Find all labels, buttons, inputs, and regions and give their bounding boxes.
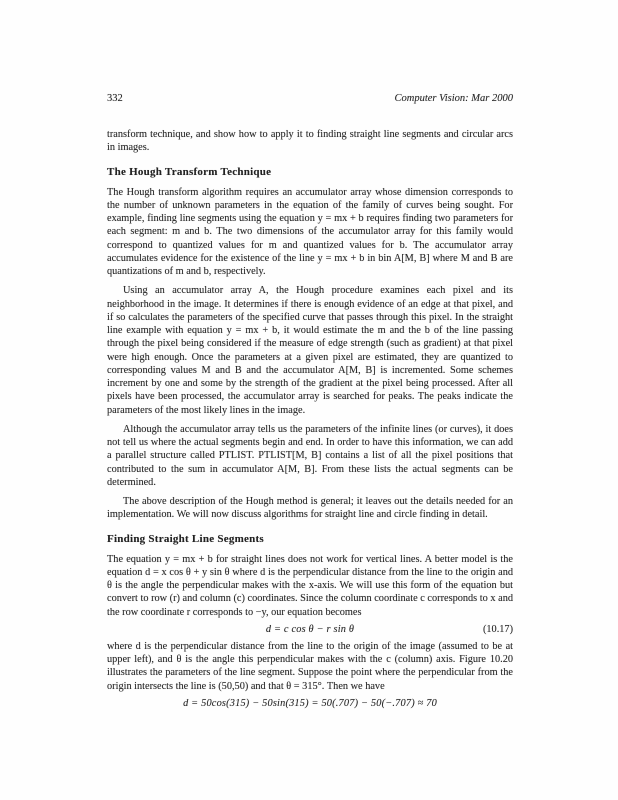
paragraph-hough-1: The Hough transform algorithm requires a… — [107, 186, 513, 279]
paragraph-hough-3: Although the accumulator array tells us … — [107, 423, 513, 489]
page-header: 332 Computer Vision: Mar 2000 — [107, 92, 513, 105]
text-column: 332 Computer Vision: Mar 2000 transform … — [107, 92, 513, 714]
equation-10-17: d = c cos θ − r sin θ — [266, 624, 354, 635]
equation-number: (10.17) — [483, 623, 513, 637]
equation-row-10-17: d = c cos θ − r sin θ (10.17) — [107, 623, 513, 637]
paragraph-hough-2: Using an accumulator array A, the Hough … — [107, 284, 513, 417]
page-number: 332 — [107, 92, 123, 105]
paragraph-hough-4: The above description of the Hough metho… — [107, 495, 513, 522]
section-heading-hough-transform: The Hough Transform Technique — [107, 166, 513, 179]
worked-example-equation: d = 50cos(315) − 50sin(315) = 50(.707) −… — [183, 698, 437, 709]
section-heading-straight-lines: Finding Straight Line Segments — [107, 533, 513, 546]
equation-row-worked-example: d = 50cos(315) − 50sin(315) = 50(.707) −… — [107, 697, 513, 711]
paragraph-lines-intro: The equation y = mx + b for straight lin… — [107, 553, 513, 619]
running-head: Computer Vision: Mar 2000 — [394, 92, 513, 105]
paragraph-after-equation: where d is the perpendicular distance fr… — [107, 640, 513, 693]
intro-paragraph: transform technique, and show how to app… — [107, 128, 513, 155]
scanned-book-page: 332 Computer Vision: Mar 2000 transform … — [0, 0, 618, 800]
